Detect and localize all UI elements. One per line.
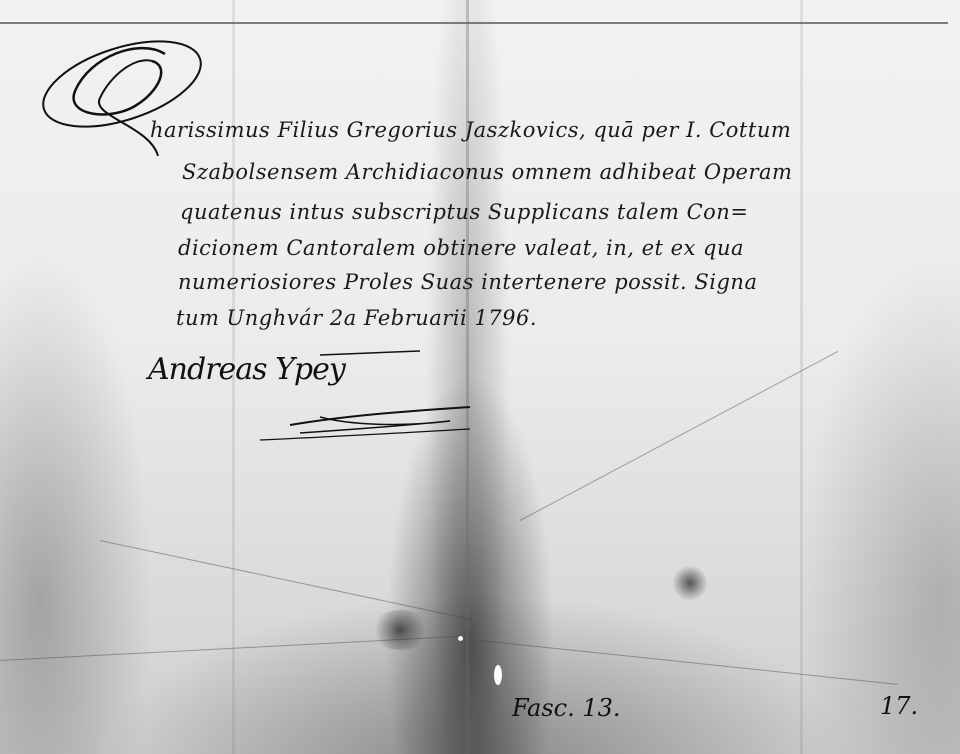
letter-line-5: numeriosiores Proles Suas intertenere po… [178, 270, 757, 294]
signature-flourish-icon [150, 345, 480, 445]
paper-crease [100, 540, 472, 620]
letter-line-1: harissimus Filius Gregorius Jaszkovics, … [150, 118, 791, 142]
fascicle-label: Fasc. 13. [512, 694, 621, 722]
letter-line-6: tum Unghvár 2a Februarii 1796. [176, 306, 537, 330]
letter-line-2: Szabolsensem Archidiaconus omnem adhibea… [182, 160, 792, 184]
letter-line-4: dicionem Cantoralem obtinere valeat, in,… [178, 236, 744, 260]
paper-hole [494, 665, 502, 685]
document-scan: harissimus Filius Gregorius Jaszkovics, … [0, 0, 960, 754]
vertical-fold-right [800, 0, 803, 754]
paper-crease [480, 640, 898, 685]
ink-stain [370, 610, 430, 650]
paper-crease [520, 351, 838, 521]
top-rule-line [0, 22, 948, 24]
page-number: 17. [880, 692, 918, 720]
paper-hole [458, 636, 463, 641]
ink-stain [672, 565, 708, 601]
letter-line-3: quatenus intus subscriptus Supplicans ta… [180, 200, 748, 224]
